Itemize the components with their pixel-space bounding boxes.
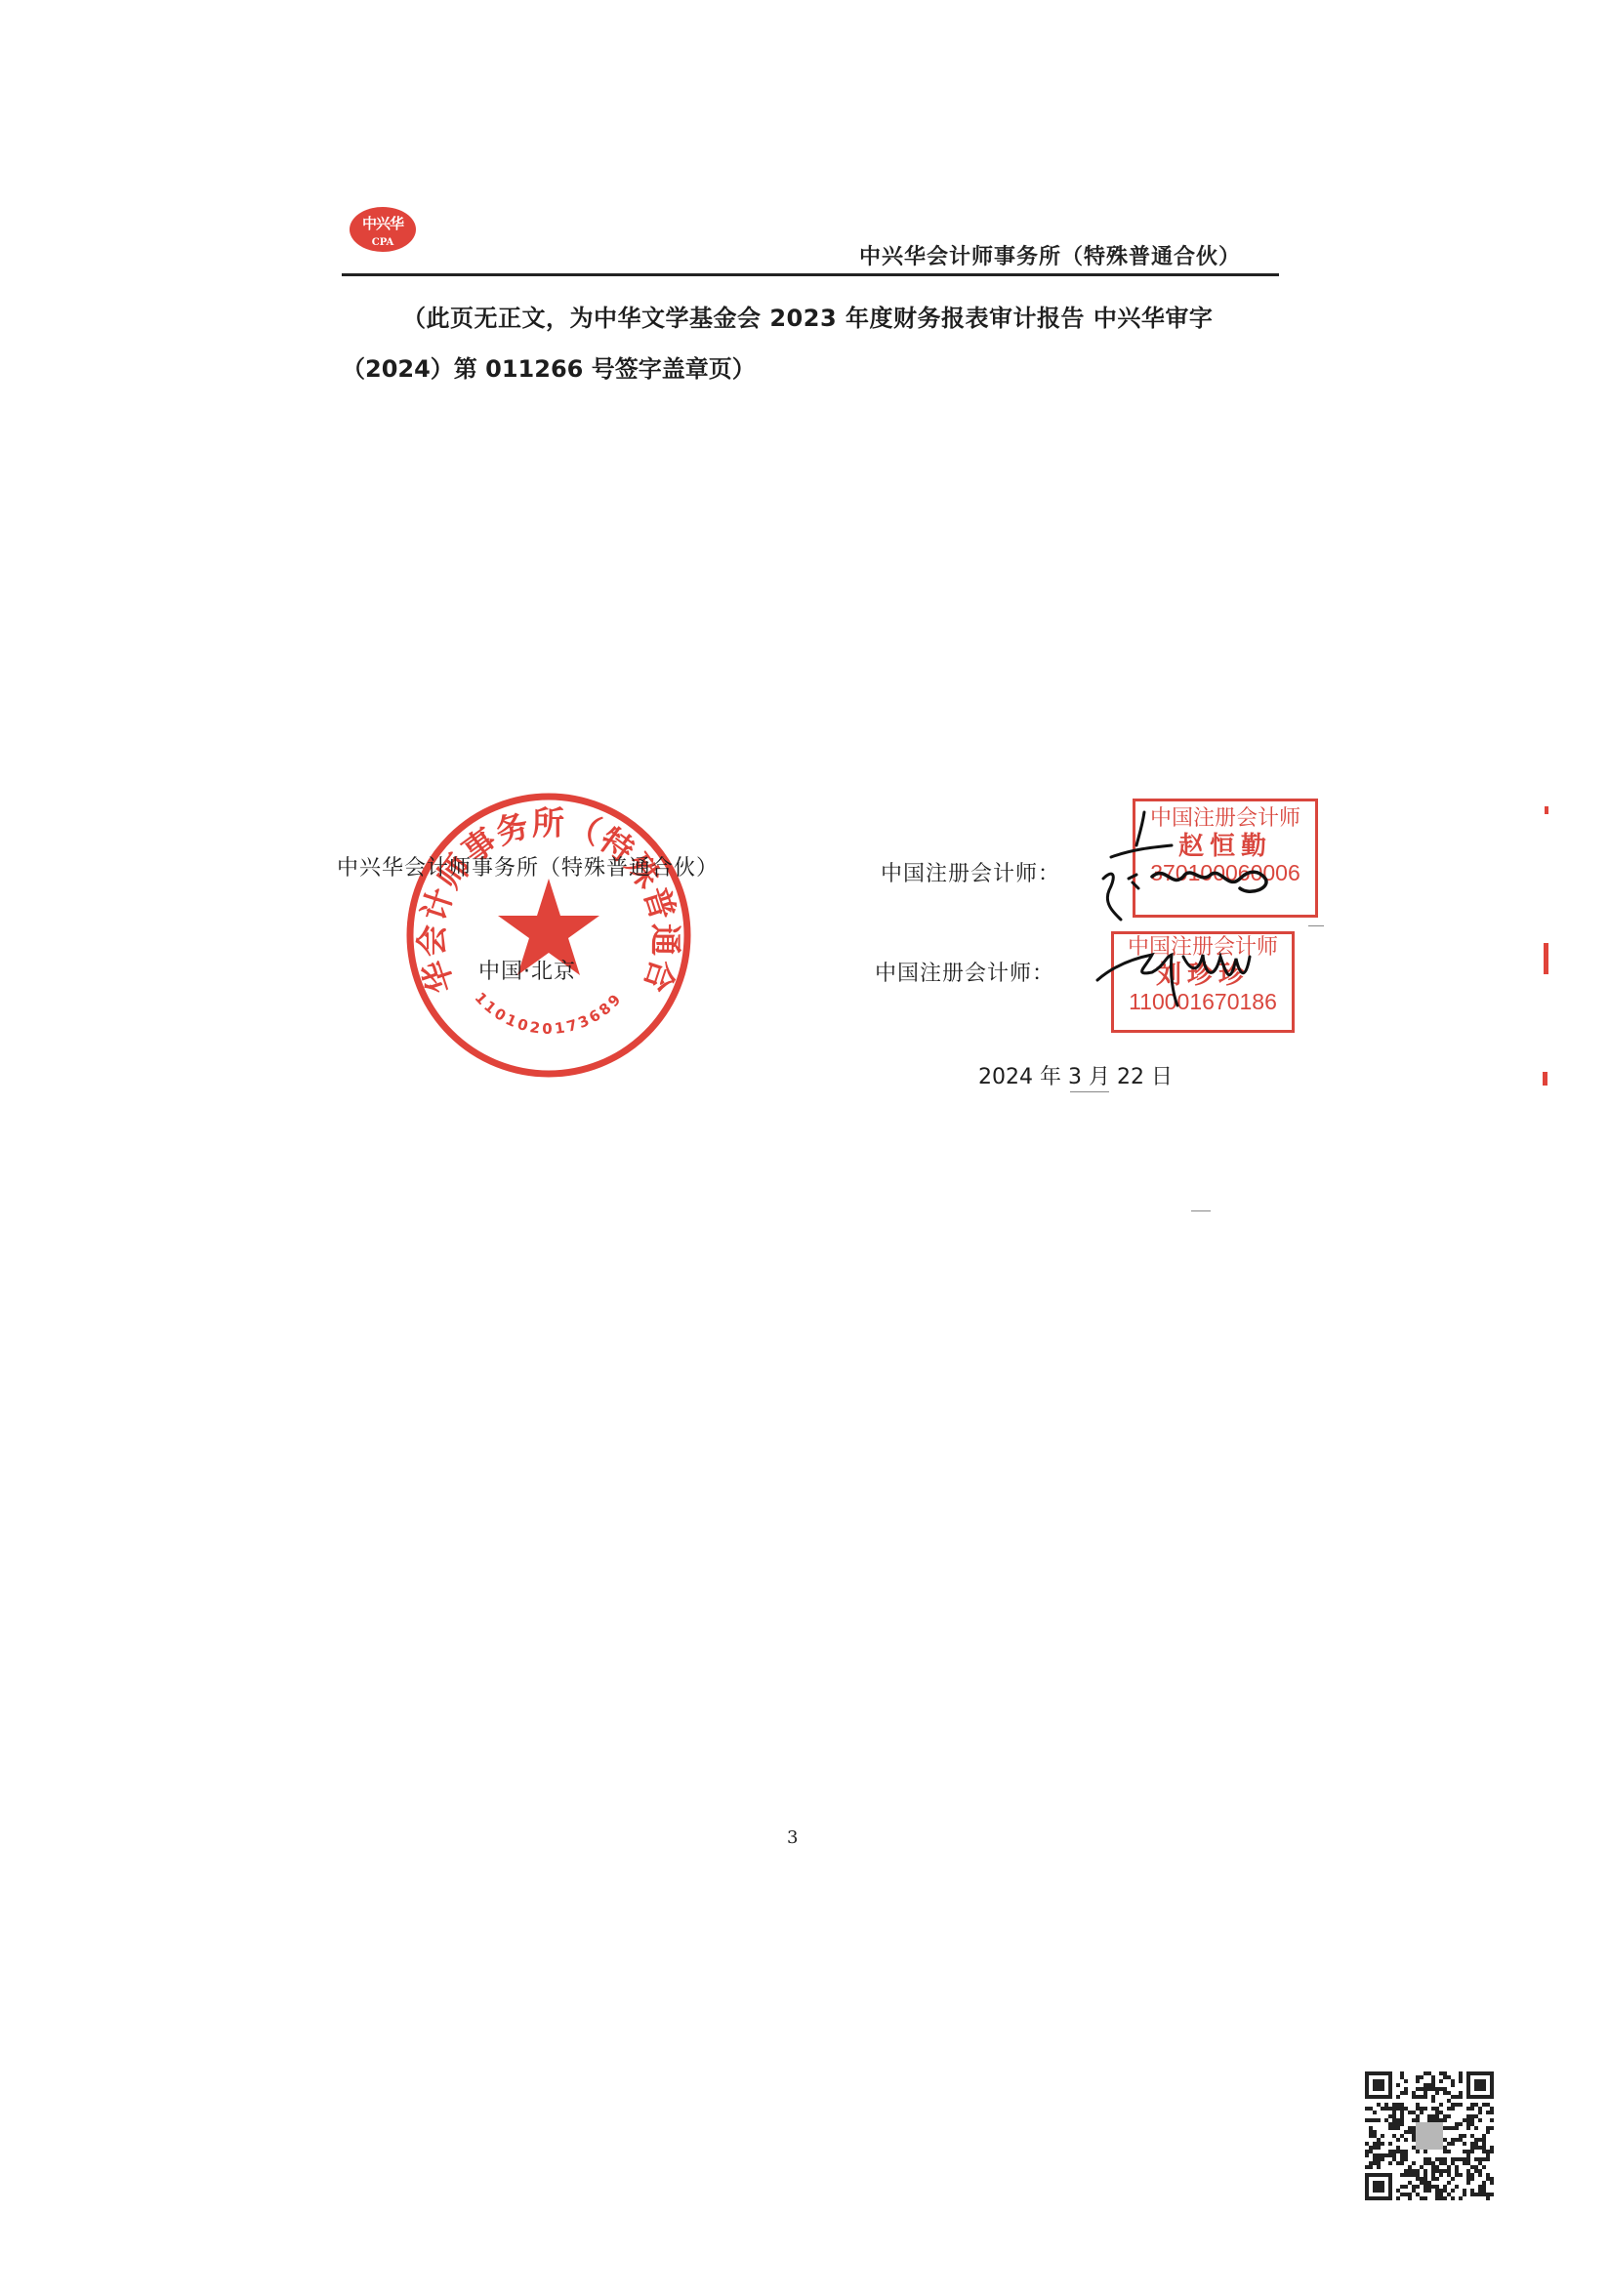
firm-logo: 中兴华 CPA	[350, 207, 416, 252]
cpa-seal-title: 中国注册会计师	[1135, 805, 1315, 831]
header-divider	[342, 273, 1279, 276]
cpa-label-1: 中国注册会计师：	[881, 857, 1060, 887]
signature-date: 2024 年 3 月 22 日	[978, 1060, 1173, 1090]
logo-glyph: 中兴华	[350, 213, 416, 233]
intro-paragraph: （此页无正文，为中华文学基金会 2023 年度财务报表审计报告 中兴华审字 （2…	[342, 293, 1279, 394]
cpa-seal-2: 中国注册会计师 刘珍珍 110001670186	[1111, 931, 1295, 1033]
scan-edge-mark	[1543, 1072, 1547, 1086]
signature-firm-location: 中国·北京	[478, 955, 576, 985]
cpa-seal-1: 中国注册会计师 赵恒勤 370100060006	[1133, 799, 1318, 918]
cpa-seal-number: 110001670186	[1114, 989, 1292, 1014]
cpa-seal-name: 赵恒勤	[1135, 831, 1315, 860]
scan-edge-mark	[1545, 806, 1548, 814]
svg-text:1101020173689: 1101020173689	[472, 989, 627, 1038]
scan-edge-mark	[1544, 943, 1548, 974]
logo-text: CPA	[372, 237, 394, 248]
intro-line-2: （2024）第 011266 号签字盖章页）	[342, 344, 1279, 394]
intro-line-1: （此页无正文，为中华文学基金会 2023 年度财务报表审计报告 中兴华审字	[342, 293, 1279, 344]
scan-speck	[1070, 1091, 1109, 1092]
scan-speck	[1191, 1210, 1211, 1211]
firm-round-seal: 中兴华会计师事务所（特殊普通合伙） 1101020173689	[402, 789, 695, 1082]
page-number: 3	[787, 1827, 798, 1848]
header-firm-name: 中兴华会计师事务所（特殊普通合伙）	[859, 240, 1241, 270]
cpa-seal-name: 刘珍珍	[1114, 960, 1292, 989]
signature-firm-name: 中兴华会计师事务所（特殊普通合伙）	[337, 851, 719, 881]
qr-code-icon	[1365, 2071, 1494, 2200]
scan-speck	[1308, 925, 1324, 926]
cpa-seal-title: 中国注册会计师	[1114, 934, 1292, 960]
cpa-seal-number: 370100060006	[1135, 860, 1315, 885]
cpa-label-2: 中国注册会计师：	[875, 957, 1054, 987]
